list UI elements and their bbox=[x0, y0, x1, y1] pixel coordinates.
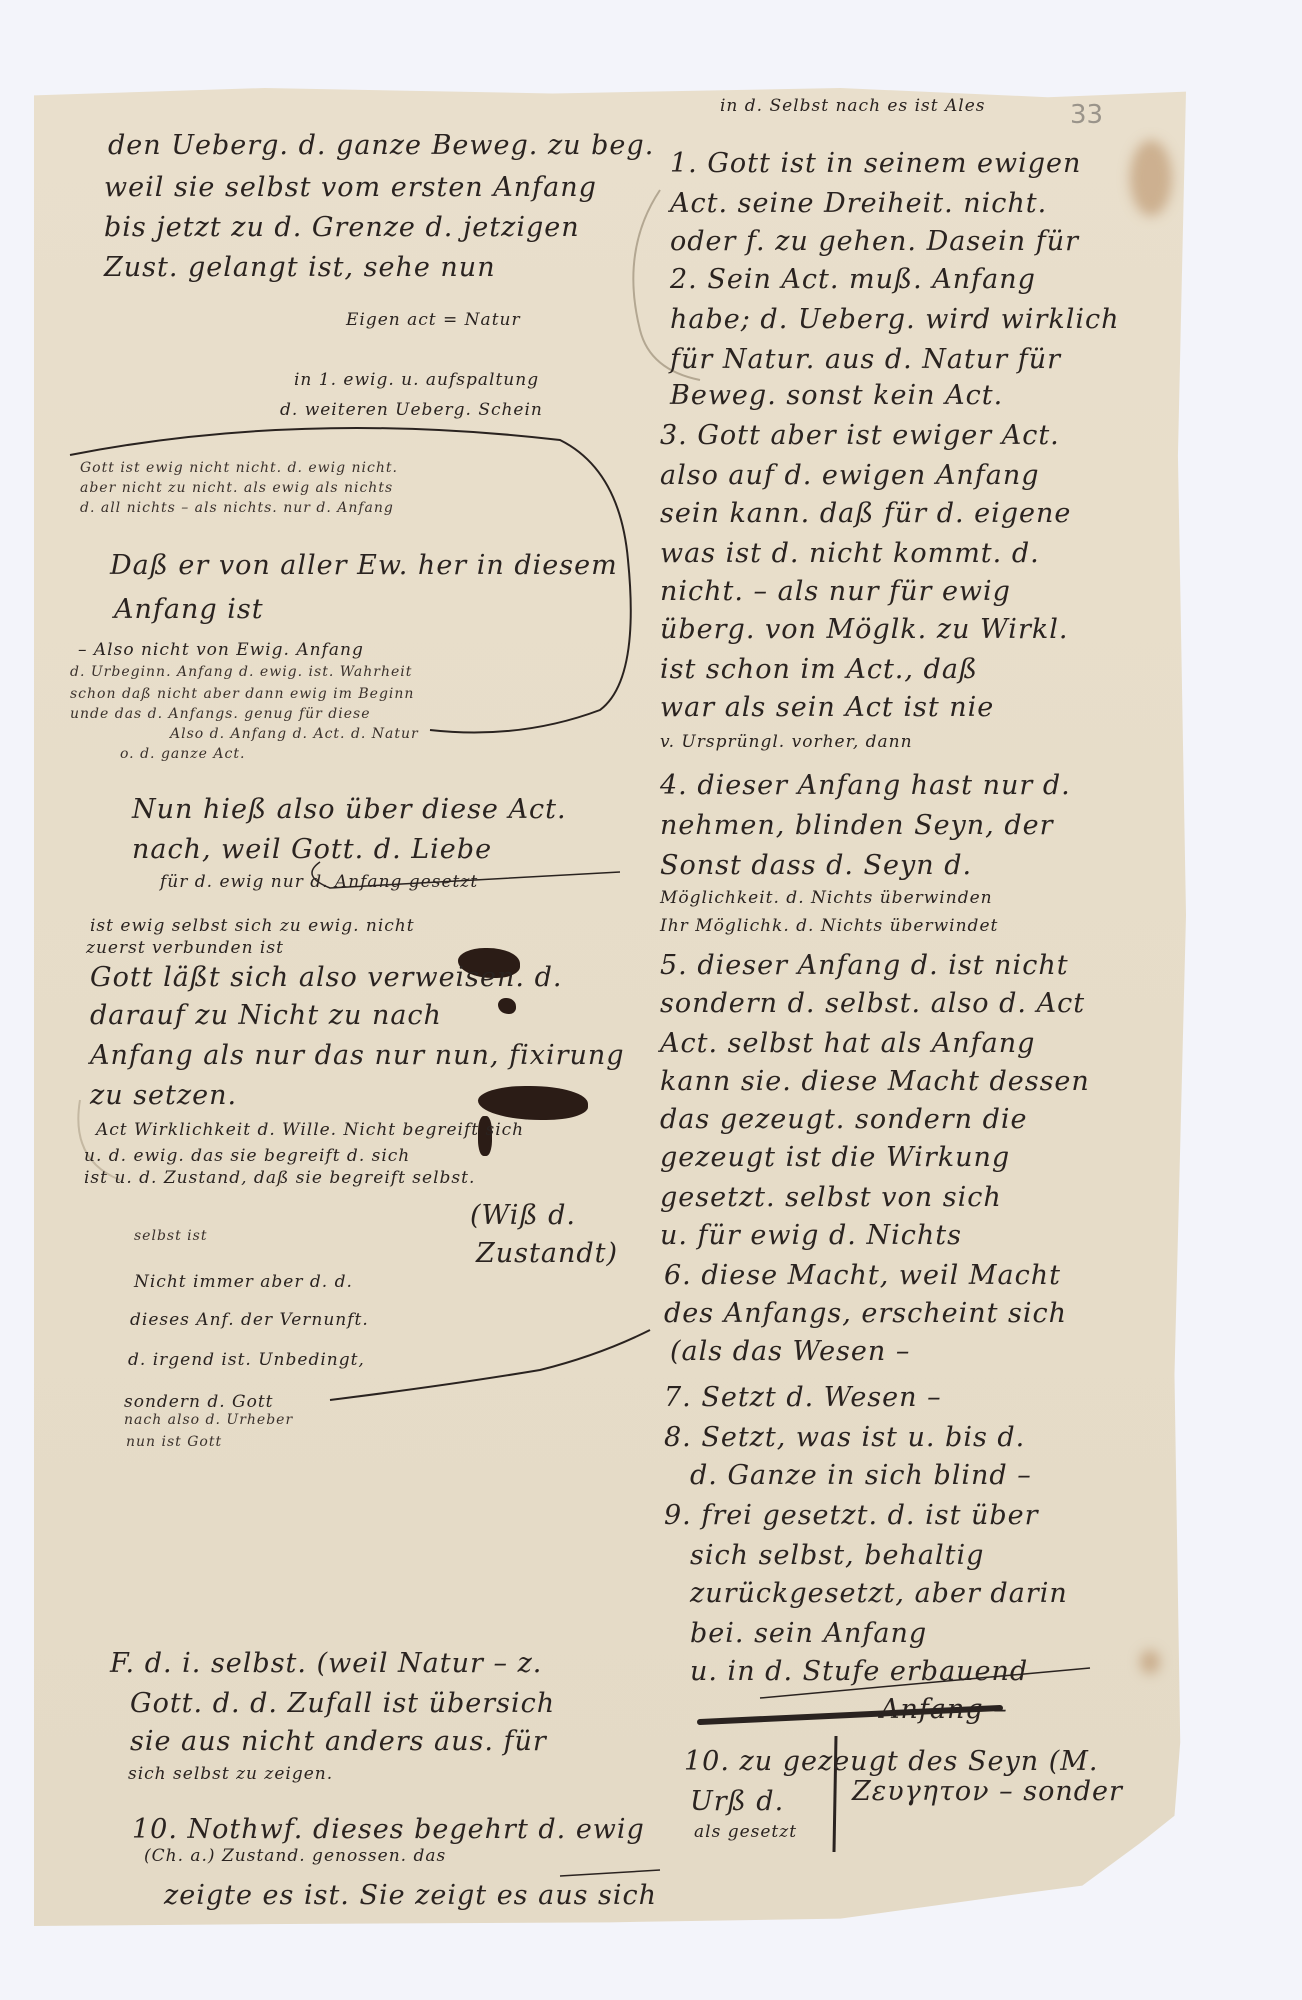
left-column-line: zu setzen. bbox=[90, 1080, 237, 1111]
stain-right-middle bbox=[1140, 1650, 1160, 1674]
left-column-line: Eigen act = Natur bbox=[346, 310, 521, 330]
right-column-line: gezeugt ist die Wirkung bbox=[660, 1142, 1010, 1173]
left-column-line: Nun hieß also über diese Act. bbox=[132, 794, 567, 825]
right-column-line: Sonst dass d. Seyn d. bbox=[660, 850, 972, 881]
right-column-line: Ζευγητον – sonder bbox=[852, 1776, 1123, 1807]
right-column-line: kann sie. diese Macht dessen bbox=[660, 1066, 1090, 1097]
left-column-line: selbst ist bbox=[134, 1228, 207, 1244]
right-column-line: nicht. – als nur für ewig bbox=[660, 576, 1011, 607]
left-column-line: (Ch. a.) Zustand. genossen. das bbox=[144, 1846, 446, 1866]
right-column-line: 6. diese Macht, weil Macht bbox=[664, 1260, 1061, 1291]
left-column-line: Also d. Anfang d. Act. d. Natur bbox=[170, 726, 419, 742]
left-column-line: bis jetzt zu d. Grenze d. jetzigen bbox=[104, 212, 580, 243]
stain-top-right bbox=[1130, 140, 1172, 216]
left-column-line: d. all nichts – als nichts. nur d. Anfan… bbox=[80, 500, 394, 516]
right-column-line: nehmen, blinden Seyn, der bbox=[660, 810, 1054, 841]
right-column-line: als gesetzt bbox=[694, 1822, 797, 1842]
left-column-line: nach also d. Urheber bbox=[124, 1412, 293, 1428]
right-column-line: was ist d. nicht kommt. d. bbox=[660, 538, 1040, 569]
right-column-line: u. in d. Stufe erbauend bbox=[690, 1656, 1028, 1687]
left-column-line: Act Wirklichkeit d. Wille. Nicht begreif… bbox=[96, 1120, 524, 1140]
left-column-line: – Also nicht von Ewig. Anfang bbox=[78, 640, 364, 660]
right-column-line: für Natur. aus d. Natur für bbox=[670, 344, 1061, 375]
right-column-line: sondern d. selbst. also d. Act bbox=[660, 988, 1085, 1019]
right-column-line: 3. Gott aber ist ewiger Act. bbox=[660, 420, 1060, 451]
left-column-line: d. Urbeginn. Anfang d. ewig. ist. Wahrhe… bbox=[70, 664, 412, 680]
left-column-line: Gott läßt sich also verweisen. d. bbox=[90, 962, 562, 993]
page-number: 33 bbox=[1070, 100, 1103, 130]
left-column-line: sondern d. Gott bbox=[124, 1392, 274, 1412]
right-column-line: überg. von Möglk. zu Wirkl. bbox=[660, 614, 1068, 645]
right-column-line: 5. dieser Anfang d. ist nicht bbox=[660, 950, 1069, 981]
left-column-line: Anfang als nur das nur nun, fixirung bbox=[90, 1040, 625, 1071]
right-column-line: Anfang – bbox=[880, 1694, 1008, 1725]
left-column-line: ist u. d. Zustand, daß sie begreift selb… bbox=[84, 1168, 475, 1188]
right-column-line: das gezeugt. sondern die bbox=[660, 1104, 1028, 1135]
right-column-line: oder f. zu gehen. Dasein für bbox=[670, 226, 1079, 257]
right-column-line: 7. Setzt d. Wesen – bbox=[664, 1382, 942, 1413]
right-column-line: zurückgesetzt, aber darin bbox=[690, 1578, 1068, 1609]
right-column-line: Act. selbst hat als Anfang bbox=[660, 1028, 1035, 1059]
right-column-line: habe; d. Ueberg. wird wirklich bbox=[670, 304, 1120, 335]
right-column-line: 1. Gott ist in seinem ewigen bbox=[670, 148, 1081, 179]
right-column-line: 8. Setzt, was ist u. bis d. bbox=[664, 1422, 1025, 1453]
left-column-line: in 1. ewig. u. aufspaltung bbox=[294, 370, 539, 390]
right-column-line: u. für ewig d. Nichts bbox=[660, 1220, 962, 1251]
left-column-line: d. irgend ist. Unbedingt, bbox=[128, 1350, 365, 1370]
left-column-line: Zustandt) bbox=[476, 1238, 618, 1269]
right-column-line: Möglichkeit. d. Nichts überwinden bbox=[660, 888, 993, 908]
right-column-line: v. Ursprüngl. vorher, dann bbox=[660, 732, 913, 752]
right-column-line: sein kann. daß für d. eigene bbox=[660, 498, 1071, 529]
left-column-line: unde das d. Anfangs. genug für diese bbox=[70, 706, 370, 722]
left-column-line: sich selbst zu zeigen. bbox=[128, 1764, 333, 1784]
left-column-line: zeigte es ist. Sie zeigt es aus sich bbox=[164, 1880, 657, 1911]
left-column-line: zuerst verbunden ist bbox=[86, 938, 284, 958]
left-column-line: Anfang ist bbox=[114, 594, 264, 625]
right-column-line: (als das Wesen – bbox=[670, 1336, 910, 1367]
right-column-line: bei. sein Anfang bbox=[690, 1618, 927, 1649]
right-column-line: Ihr Möglichk. d. Nichts überwindet bbox=[660, 916, 998, 936]
right-column-line: 4. dieser Anfang hast nur d. bbox=[660, 770, 1071, 801]
left-column-line: Nicht immer aber d. d. bbox=[134, 1272, 353, 1292]
left-column-line: weil sie selbst vom ersten Anfang bbox=[104, 172, 597, 203]
left-column-line: d. weiteren Ueberg. Schein bbox=[280, 400, 543, 420]
right-column-line: war als sein Act ist nie bbox=[660, 692, 994, 723]
left-column-line: für d. ewig nur d. Anfang gesetzt bbox=[160, 872, 478, 892]
left-column-line: dieses Anf. der Vernunft. bbox=[130, 1310, 369, 1330]
left-column-line: ist ewig selbst sich zu ewig. nicht bbox=[90, 916, 415, 936]
right-column-line: ist schon im Act., daß bbox=[660, 654, 978, 685]
right-column-line: gesetzt. selbst von sich bbox=[660, 1182, 1002, 1213]
right-column-line: 2. Sein Act. muß. Anfang bbox=[670, 264, 1036, 295]
left-column-line: Gott ist ewig nicht nicht. d. ewig nicht… bbox=[80, 460, 398, 476]
left-column-line: Daß er von aller Ew. her in diesem bbox=[110, 550, 618, 581]
right-column-line: in d. Selbst nach es ist Ales bbox=[720, 96, 986, 116]
left-column-line: nun ist Gott bbox=[126, 1434, 222, 1450]
right-column-line: d. Ganze in sich blind – bbox=[690, 1460, 1032, 1491]
left-column-line: sie aus nicht anders aus. für bbox=[130, 1726, 547, 1757]
ink-blot-upper-drip bbox=[498, 998, 516, 1014]
left-column-line: schon daß nicht aber dann ewig im Beginn bbox=[70, 686, 414, 702]
right-column-line: 9. frei gesetzt. d. ist über bbox=[664, 1500, 1039, 1531]
right-column-line: Beweg. sonst kein Act. bbox=[670, 380, 1003, 411]
left-column-line: Zust. gelangt ist, sehe nun bbox=[104, 252, 496, 283]
left-column-line: Gott. d. d. Zufall ist übersich bbox=[130, 1688, 555, 1719]
right-column-line: 10. zu gezeugt des Seyn (M. bbox=[684, 1746, 1098, 1777]
left-column-line: aber nicht zu nicht. als ewig als nichts bbox=[80, 480, 393, 496]
left-column-line: nach, weil Gott. d. Liebe bbox=[132, 834, 492, 865]
left-column-line: u. d. ewig. das sie begreift d. sich bbox=[84, 1146, 410, 1166]
right-column-line: des Anfangs, erscheint sich bbox=[664, 1298, 1067, 1329]
right-column-line: sich selbst, behaltig bbox=[690, 1540, 984, 1571]
left-column-line: den Ueberg. d. ganze Beweg. zu beg. bbox=[108, 130, 654, 161]
left-column-line: F. d. i. selbst. (weil Natur – z. bbox=[110, 1648, 542, 1679]
left-column-line: o. d. ganze Act. bbox=[120, 746, 245, 762]
right-column-line: Urß d. bbox=[690, 1786, 784, 1817]
right-column-line: Act. seine Dreiheit. nicht. bbox=[670, 188, 1047, 219]
left-column-line: (Wiß d. bbox=[470, 1200, 576, 1231]
right-column-line: also auf d. ewigen Anfang bbox=[660, 460, 1040, 491]
left-column-line: darauf zu Nicht zu nach bbox=[90, 1000, 442, 1031]
left-column-line: 10. Nothwf. dieses begehrt d. ewig bbox=[132, 1814, 645, 1845]
